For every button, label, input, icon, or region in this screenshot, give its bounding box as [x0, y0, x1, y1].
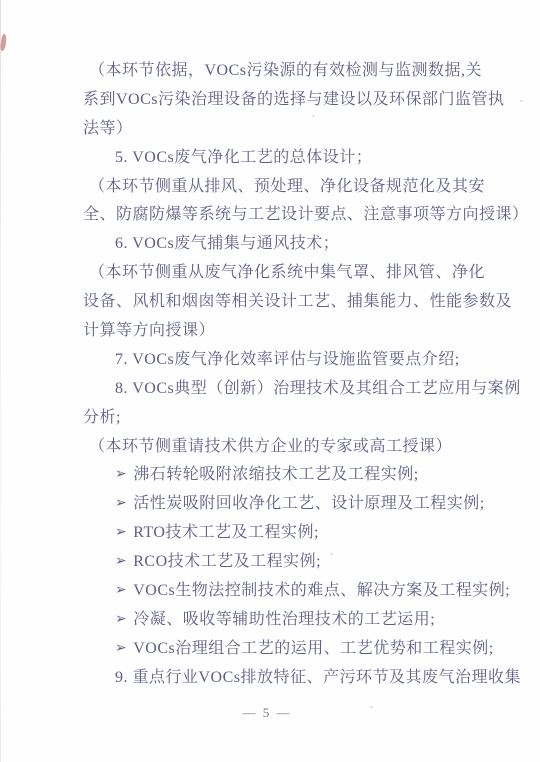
bullet-item-line: ➢VOCs治理组合工艺的运用、工艺优势和工程实例; [83, 635, 507, 664]
bullet-item-text: 沸石转轮吸附浓缩技术工艺及工程实例; [133, 466, 418, 483]
arrow-bullet-icon: ➢ [115, 519, 127, 548]
numbered-item-line: 5. VOCs废气净化工艺的总体设计； [83, 144, 507, 173]
arrow-bullet-icon: ➢ [115, 606, 127, 635]
red-pen-mark [0, 34, 7, 52]
paragraph-line: （本环节侧重从废气净化系统中集气罩、排风管、净化 [83, 259, 507, 288]
bullet-item-line: ➢冷凝、吸收等辅助性治理技术的工艺运用; [83, 606, 507, 635]
paragraph-line: （本环节侧重请技术供方企业的专家或高工授课） [83, 433, 507, 462]
bullet-item-text: VOCs生物法控制技术的难点、解决方案及工程实例; [133, 582, 510, 599]
paragraph-line: 全、防腐防爆等系统与工艺设计要点、注意事项等方向授课） [83, 201, 507, 230]
paragraph-line: 分析; [83, 404, 507, 433]
bullet-item-text: 活性炭吸附回收净化工艺、设计原理及工程实例; [133, 495, 484, 512]
numbered-item-line: 7. VOCs废气净化效率评估与设施监管要点介绍; [83, 346, 507, 375]
paragraph-line: （本环节依据，VOCs污染源的有效检测与监测数据,关 [83, 57, 507, 86]
bullet-item-line: ➢VOCs生物法控制技术的难点、解决方案及工程实例; [83, 577, 507, 606]
bullet-item-text: RTO技术工艺及工程实例; [133, 524, 319, 541]
bullet-item-line: ➢RTO技术工艺及工程实例; [83, 519, 507, 548]
arrow-bullet-icon: ➢ [115, 490, 127, 519]
paragraph-line: 设备、风机和烟囱等相关设计工艺、捕集能力、性能参数及 [83, 288, 507, 317]
page-number: — 5 — [0, 702, 534, 724]
document-page: （本环节依据，VOCs污染源的有效检测与监测数据,关 系到VOCs污染治理设备的… [0, 0, 540, 762]
numbered-item-line: 6. VOCs废气捕集与通风技术； [83, 230, 507, 259]
document-body: （本环节依据，VOCs污染源的有效检测与监测数据,关 系到VOCs污染治理设备的… [83, 57, 507, 693]
bullet-item-line: ➢RCO技术工艺及工程实例; [83, 548, 507, 577]
arrow-bullet-icon: ➢ [115, 635, 127, 664]
paragraph-line: 法等） [83, 115, 507, 144]
bullet-item-text: 冷凝、吸收等辅助性治理技术的工艺运用; [133, 611, 435, 628]
arrow-bullet-icon: ➢ [115, 548, 127, 577]
arrow-bullet-icon: ➢ [115, 461, 127, 490]
paragraph-line: 计算等方向授课） [83, 317, 507, 346]
numbered-item-line: 8. VOCs典型（创新）治理技术及其组合工艺应用与案例 [83, 375, 507, 404]
arrow-bullet-icon: ➢ [115, 577, 127, 606]
paragraph-line: 系到VOCs污染治理设备的选择与建设以及环保部门监管执 [83, 86, 507, 115]
paragraph-line: （本环节侧重从排风、预处理、净化设备规范化及其安 [83, 173, 507, 202]
bullet-item-text: RCO技术工艺及工程实例; [133, 553, 321, 570]
bullet-item-line: ➢沸石转轮吸附浓缩技术工艺及工程实例; [83, 461, 507, 490]
numbered-item-line: 9. 重点行业VOCs排放特征、产污环节及其废气治理收集 [83, 664, 507, 693]
scan-speck [520, 100, 523, 102]
bullet-item-text: VOCs治理组合工艺的运用、工艺优势和工程实例; [133, 640, 493, 657]
page-edge-shadow [0, 0, 1, 762]
bullet-item-line: ➢活性炭吸附回收净化工艺、设计原理及工程实例; [83, 490, 507, 519]
